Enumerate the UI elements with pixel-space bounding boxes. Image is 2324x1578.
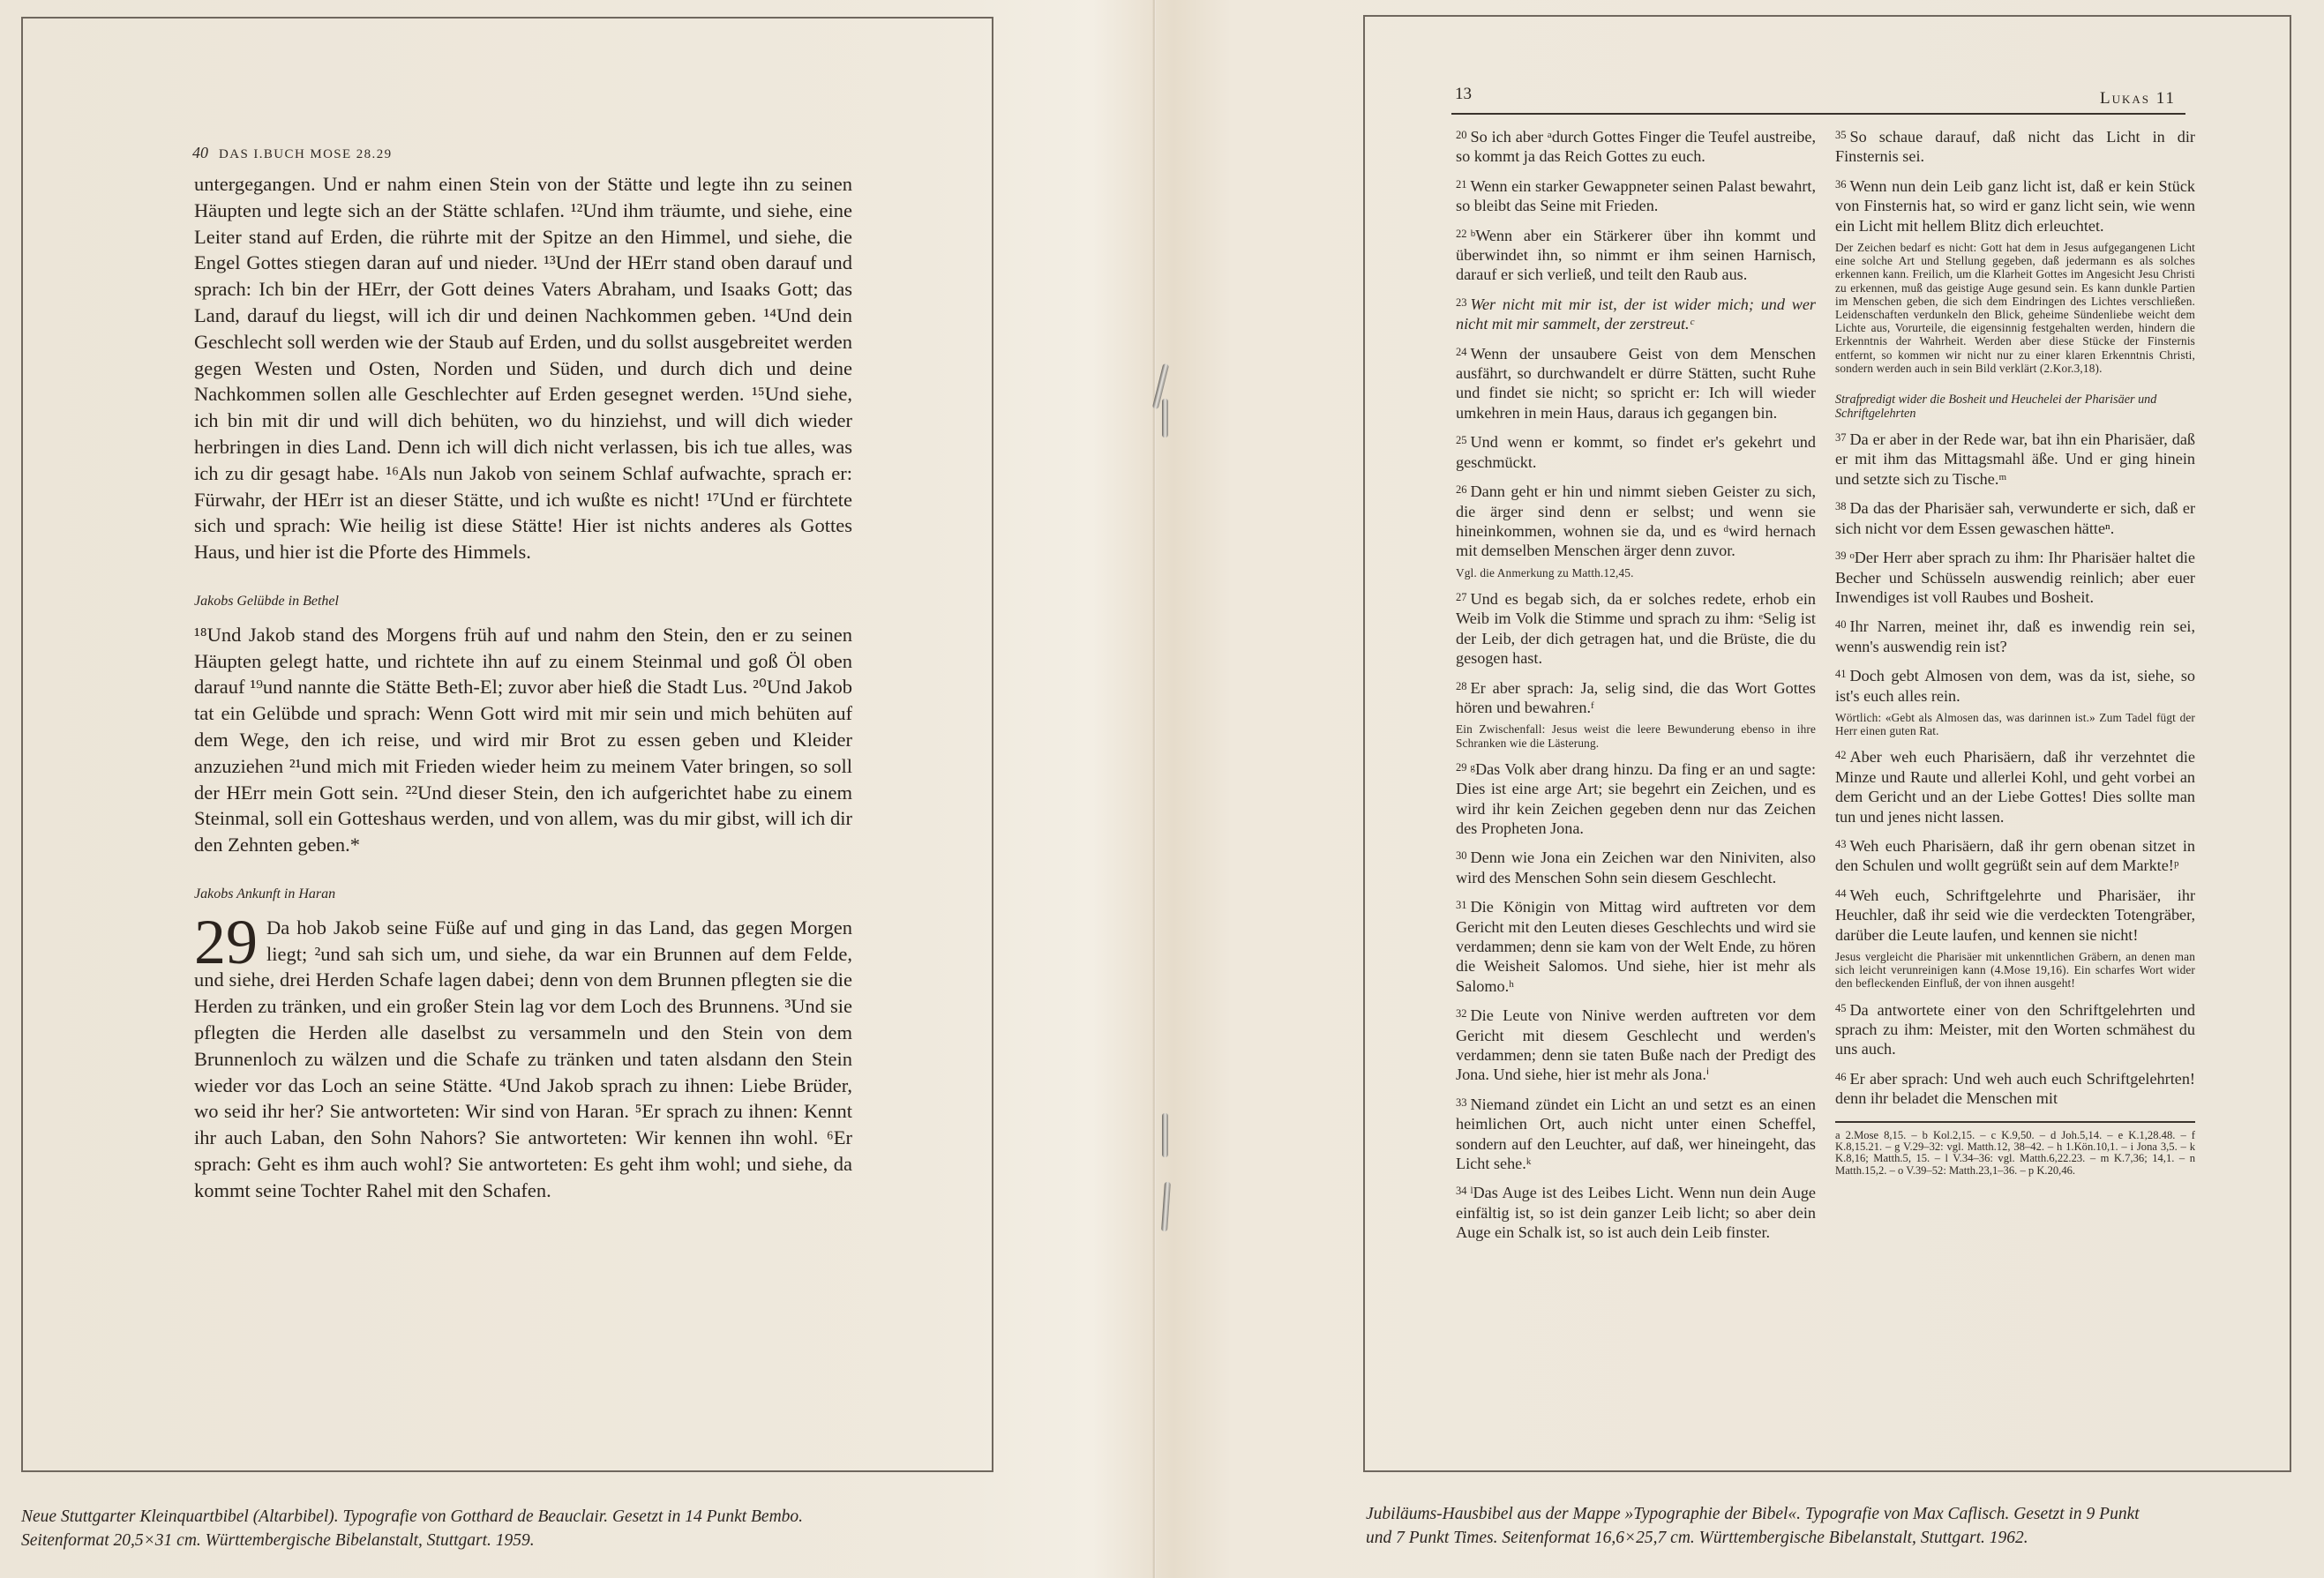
commentary-note: Wörtlich: «Gebt als Almosen das, was dar… xyxy=(1835,711,2195,737)
verse: 33Niemand zündet ein Licht an und setzt … xyxy=(1456,1093,1816,1174)
left-paragraph-2: ¹⁸Und Jakob stand des Morgens früh auf u… xyxy=(194,622,852,858)
verse-text: Wenn nun dein Leib ganz licht ist, daß e… xyxy=(1835,177,2195,235)
right-caption: Jubiläums-Hausbibel aus der Mappe »Typog… xyxy=(1366,1502,2301,1550)
footnotes: a 2.Mose 8,15. – b Kol.2,15. – c K.9,50.… xyxy=(1835,1130,2195,1178)
verse: 29ᵍDas Volk aber drang hinzu. Da fing er… xyxy=(1456,758,1816,839)
header-rule xyxy=(1451,113,2185,115)
verse: 23Wer nicht mit mir ist, der ist wider m… xyxy=(1456,293,1816,334)
verse: 39ᵒDer Herr aber sprach zu ihm: Ihr Phar… xyxy=(1835,546,2195,607)
verse-number: 42 xyxy=(1835,749,1847,761)
left-caption: Neue Stuttgarter Kleinquartbibel (Altarb… xyxy=(21,1505,1018,1552)
right-caption-line-2: und 7 Punkt Times. Seitenformat 16,6×25,… xyxy=(1366,1526,2301,1550)
verse-text: Da antwortete einer von den Schriftgeleh… xyxy=(1835,1001,2195,1058)
verse-text: Und es begab sich, da er solches redete,… xyxy=(1456,590,1816,667)
left-paragraph-3-wrapper: 29Da hob Jakob seine Füße auf und ging i… xyxy=(194,915,852,1204)
verse: 27Und es begab sich, da er solches redet… xyxy=(1456,587,1816,669)
verse-number: 28 xyxy=(1456,680,1467,692)
verse: 20So ich aber ᵃdurch Gottes Finger die T… xyxy=(1456,125,1816,167)
right-column-b: 35So schaue darauf, daß nicht das Licht … xyxy=(1835,125,2195,1177)
verse: 41Doch gebt Almosen von dem, was da ist,… xyxy=(1835,664,2195,706)
verse-text: Ihr Narren, meinet ihr, daß es inwendig … xyxy=(1835,617,2195,654)
verse-number: 25 xyxy=(1456,434,1467,446)
verse-number: 45 xyxy=(1835,1002,1847,1014)
verse: 35So schaue darauf, daß nicht das Licht … xyxy=(1835,125,2195,167)
left-section-heading-1: Jakobs Gelübde in Bethel xyxy=(194,588,852,615)
left-paragraph-1: untergegangen. Und er nahm einen Stein v… xyxy=(194,171,852,565)
verse-text: Wer nicht mit mir ist, der ist wider mic… xyxy=(1456,295,1816,333)
book-gutter xyxy=(1152,0,1156,1578)
column-b-items: 35So schaue darauf, daß nicht das Licht … xyxy=(1835,125,2195,1109)
verse-number: 44 xyxy=(1835,887,1847,900)
verse-number: 29 xyxy=(1456,761,1467,774)
section-heading: Strafpredigt wider die Bosheit und Heuch… xyxy=(1835,393,2195,421)
left-book-title: DAS I.BUCH MOSE 28.29 xyxy=(219,147,393,161)
staple-icon xyxy=(1161,1182,1171,1231)
verse-number: 27 xyxy=(1456,591,1467,603)
verse-text: Weh euch, Schriftgelehrte und Pharisäer,… xyxy=(1835,886,2195,944)
verse-number: 32 xyxy=(1456,1007,1467,1020)
right-page-number: 13 xyxy=(1455,85,1472,104)
verse: 21Wenn ein starker Gewappneter seinen Pa… xyxy=(1456,175,1816,216)
verse-text: So schaue darauf, daß nicht das Licht in… xyxy=(1835,128,2195,165)
verse: 34ˡDas Auge ist des Leibes Licht. Wenn n… xyxy=(1456,1181,1816,1242)
left-page-number: 40 xyxy=(192,144,208,161)
verse-number: 31 xyxy=(1456,899,1467,911)
verse-number: 34 xyxy=(1456,1185,1467,1197)
verse-text: Wenn der unsaubere Geist von dem Mensche… xyxy=(1456,345,1816,422)
verse: 37Da er aber in der Rede war, bat ihn ei… xyxy=(1835,428,2195,489)
verse-text: Er aber sprach: Und weh auch euch Schrif… xyxy=(1835,1070,2195,1107)
left-running-head: 40DAS I.BUCH MOSE 28.29 xyxy=(192,144,393,162)
verse: 31Die Königin von Mittag wird auftreten … xyxy=(1456,895,1816,996)
verse: 36Wenn nun dein Leib ganz licht ist, daß… xyxy=(1835,175,2195,236)
verse-number: 43 xyxy=(1835,838,1847,850)
left-paragraph-3: Da hob Jakob seine Füße auf und ging in … xyxy=(194,916,852,1201)
verse-text: ᵍDas Volk aber drang hinzu. Da fing er a… xyxy=(1456,760,1816,837)
verse-text: Die Königin von Mittag wird auftreten vo… xyxy=(1456,898,1816,995)
verse-number: 33 xyxy=(1456,1096,1467,1109)
verse-text: Niemand zündet ein Licht an und setzt es… xyxy=(1456,1096,1816,1172)
verse-number: 23 xyxy=(1456,296,1467,309)
verse: 46Er aber sprach: Und weh auch euch Schr… xyxy=(1835,1067,2195,1109)
verse-number: 24 xyxy=(1456,346,1467,358)
verse-number: 39 xyxy=(1835,550,1847,562)
verse-text: Die Leute von Ninive werden auftreten vo… xyxy=(1456,1006,1816,1083)
verse-number: 26 xyxy=(1456,483,1467,496)
verse: 28Er aber sprach: Ja, selig sind, die da… xyxy=(1456,677,1816,718)
verse-number: 40 xyxy=(1835,618,1847,631)
verse: 44Weh euch, Schriftgelehrte und Pharisäe… xyxy=(1835,884,2195,945)
verse-number: 21 xyxy=(1456,178,1467,191)
footnote-rule xyxy=(1835,1121,2195,1123)
left-section-heading-2: Jakobs Ankunft in Haran xyxy=(194,881,852,908)
verse: 40Ihr Narren, meinet ihr, daß es inwendi… xyxy=(1835,615,2195,656)
left-caption-line-1: Neue Stuttgarter Kleinquartbibel (Altarb… xyxy=(21,1505,1018,1529)
verse-number: 22 xyxy=(1456,228,1467,240)
staple-icon xyxy=(1162,1113,1168,1157)
verse-text: ˡDas Auge ist des Leibes Licht. Wenn nun… xyxy=(1456,1184,1816,1241)
verse-number: 37 xyxy=(1835,431,1847,444)
verse-text: Dann geht er hin und nimmt sieben Geiste… xyxy=(1456,482,1816,559)
verse: 30Denn wie Jona ein Zeichen war den Nini… xyxy=(1456,846,1816,887)
verse: 24Wenn der unsaubere Geist von dem Mensc… xyxy=(1456,342,1816,423)
verse-number: 30 xyxy=(1456,849,1467,862)
verse: 25Und wenn er kommt, so findet er's geke… xyxy=(1456,430,1816,472)
left-page-body: untergegangen. Und er nahm einen Stein v… xyxy=(194,171,852,1203)
verse-number: 46 xyxy=(1835,1071,1847,1083)
verse-text: Weh euch Pharisäern, daß ihr gern obenan… xyxy=(1835,837,2195,874)
verse: 42Aber weh euch Pharisäern, daß ihr verz… xyxy=(1835,745,2195,826)
left-caption-line-2: Seitenformat 20,5×31 cm. Württembergisch… xyxy=(21,1529,1018,1552)
verse-text: ᵇWenn aber ein Stärkerer über ihn kommt … xyxy=(1456,227,1816,284)
verse-text: Wenn ein starker Gewappneter seinen Pala… xyxy=(1456,177,1816,214)
verse-number: 35 xyxy=(1835,129,1847,141)
right-column-a: 20So ich aber ᵃdurch Gottes Finger die T… xyxy=(1456,125,1816,1251)
staple-icon xyxy=(1162,399,1168,438)
commentary-note: Der Zeichen bedarf es nicht: Gott hat de… xyxy=(1835,241,2195,375)
commentary-note: Vgl. die Anmerkung zu Matth.12,45. xyxy=(1456,566,1816,580)
verse-text: Doch gebt Almosen von dem, was da ist, s… xyxy=(1835,667,2195,704)
verse-text: Da er aber in der Rede war, bat ihn ein … xyxy=(1835,430,2195,488)
right-caption-line-1: Jubiläums-Hausbibel aus der Mappe »Typog… xyxy=(1366,1502,2301,1526)
verse-text: Er aber sprach: Ja, selig sind, die das … xyxy=(1456,679,1816,716)
verse-text: ᵒDer Herr aber sprach zu ihm: Ihr Pharis… xyxy=(1835,549,2195,606)
verse: 38Da das der Pharisäer sah, verwunderte … xyxy=(1835,497,2195,538)
verse-number: 41 xyxy=(1835,668,1847,680)
verse-number: 38 xyxy=(1835,500,1847,512)
verse-text: Aber weh euch Pharisäern, daß ihr verzeh… xyxy=(1835,748,2195,825)
verse-number: 20 xyxy=(1456,129,1467,141)
verse-text: So ich aber ᵃdurch Gottes Finger die Teu… xyxy=(1456,128,1816,165)
verse: 22ᵇWenn aber ein Stärkerer über ihn komm… xyxy=(1456,224,1816,285)
verse-text: Denn wie Jona ein Zeichen war den Ninivi… xyxy=(1456,849,1816,886)
verse-number: 36 xyxy=(1835,178,1847,191)
chapter-dropcap: 29 xyxy=(194,916,258,968)
commentary-note: Ein Zwischenfall: Jesus weist die leere … xyxy=(1456,722,1816,749)
commentary-note: Jesus vergleicht die Pharisäer mit unken… xyxy=(1835,950,2195,991)
verse: 45Da antwortete einer von den Schriftgel… xyxy=(1835,998,2195,1059)
right-running-title: Lukas 11 xyxy=(2100,89,2176,108)
verse: 43Weh euch Pharisäern, daß ihr gern oben… xyxy=(1835,834,2195,876)
verse: 32Die Leute von Ninive werden auftreten … xyxy=(1456,1004,1816,1085)
verse-text: Und wenn er kommt, so findet er's gekehr… xyxy=(1456,433,1816,470)
verse-text: Da das der Pharisäer sah, verwunderte er… xyxy=(1835,499,2195,536)
verse: 26Dann geht er hin und nimmt sieben Geis… xyxy=(1456,480,1816,561)
